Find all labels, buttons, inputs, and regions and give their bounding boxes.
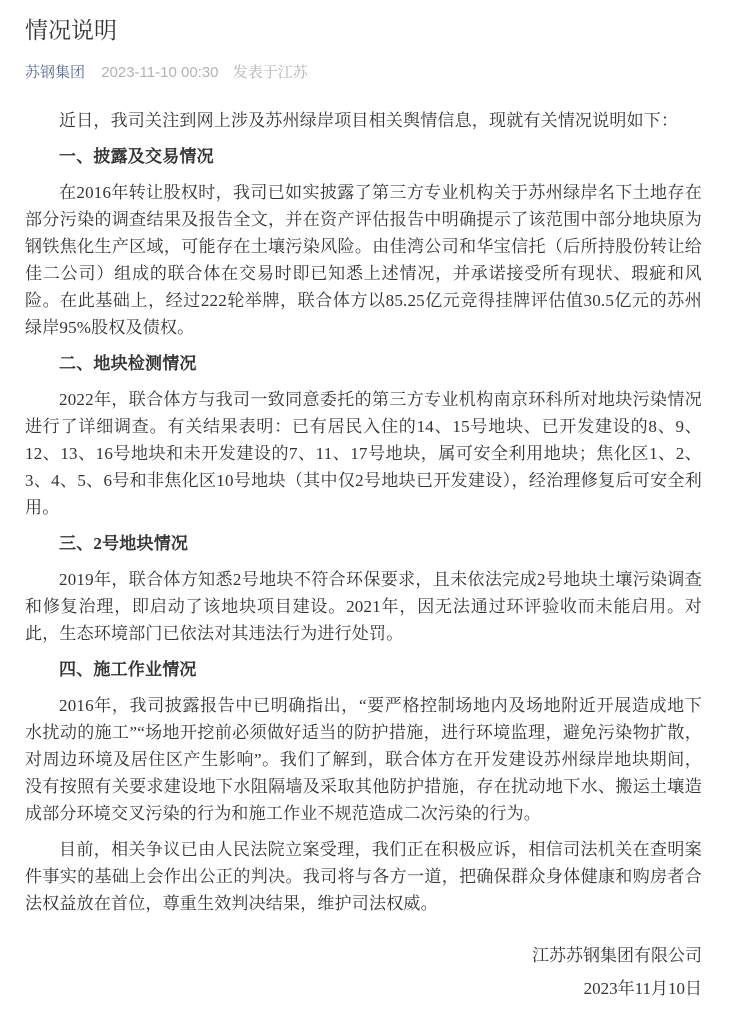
page-title: 情况说明 [25, 14, 702, 46]
wechat-article-page: 情况说明 苏钢集团 2023-11-10 00:30 发表于江苏 近日，我司关注… [0, 0, 729, 1023]
body-paragraph: 近日，我司关注到网上涉及苏州绿岸项目相关舆情信息，现就有关情况说明如下： [25, 107, 702, 134]
section-heading: 三、2号地块情况 [25, 530, 702, 557]
body-paragraph: 在2016年转让股权时，我司已如实披露了第三方专业机构关于苏州绿岸名下土地存在部… [25, 179, 702, 341]
body-paragraph: 目前，相关争议已由人民法院立案受理，我们正在积极应诉，相信司法机关在查明案件事实… [25, 836, 702, 917]
section-heading: 四、施工作业情况 [25, 656, 702, 683]
body-paragraph: 2022年，联合体方与我司一致同意委托的第三方专业机构南京环科所对地块污染情况进… [25, 386, 702, 521]
publish-location: 发表于江苏 [233, 64, 308, 81]
body-paragraph: 2019年，联合体方知悉2号地块不符合环保要求，且未依法完成2号地块土壤污染调查… [25, 566, 702, 647]
body-paragraph: 2016年，我司披露报告中已明确指出，“要严格控制场地内及场地附近开展造成地下水… [25, 692, 702, 827]
byline: 苏钢集团 2023-11-10 00:30 发表于江苏 [25, 62, 702, 83]
publish-timestamp: 2023-11-10 00:30 [101, 64, 218, 81]
signature-block: 江苏苏钢集团有限公司 2023年11月10日 [25, 939, 702, 1005]
signature-date: 2023年11月10日 [25, 972, 702, 1005]
signature-company: 江苏苏钢集团有限公司 [25, 939, 702, 972]
section-heading: 一、披露及交易情况 [25, 143, 702, 170]
section-heading: 二、地块检测情况 [25, 350, 702, 377]
article-body: 近日，我司关注到网上涉及苏州绿岸项目相关舆情信息，现就有关情况说明如下：一、披露… [25, 107, 702, 917]
account-name-link[interactable]: 苏钢集团 [25, 64, 85, 81]
